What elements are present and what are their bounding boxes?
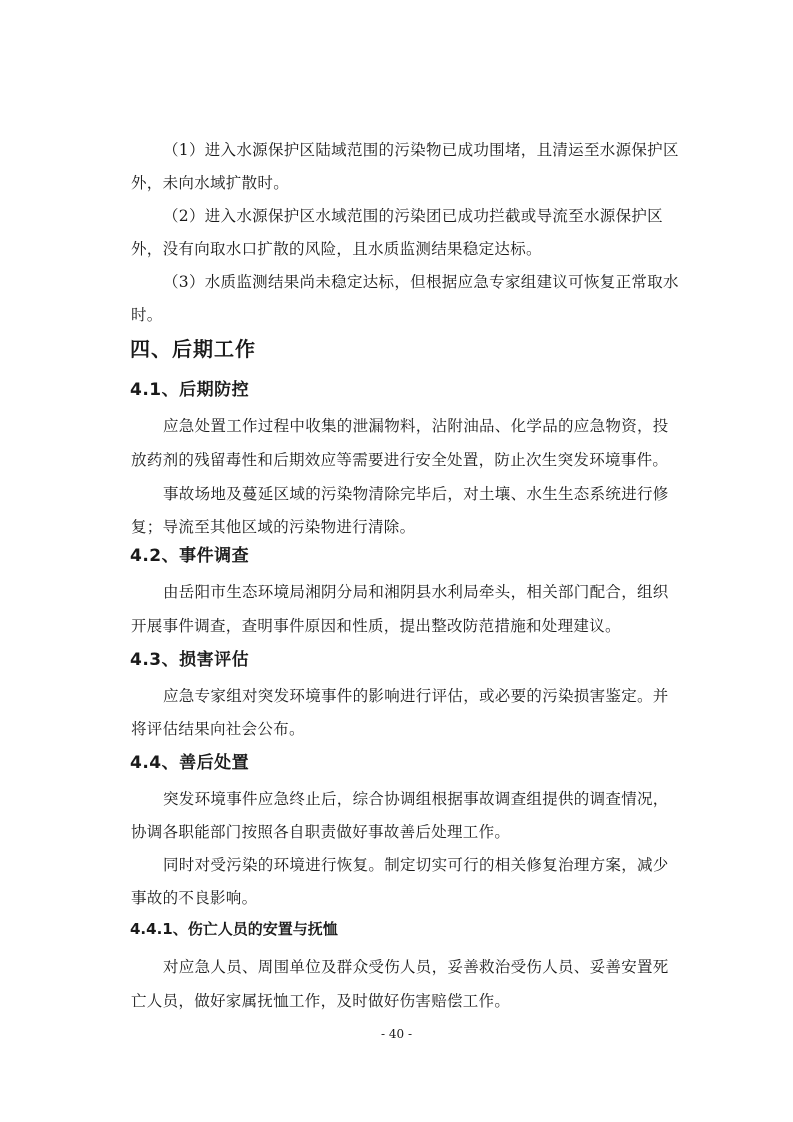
s44-p2-line2: 事故的不良影响。 — [131, 886, 257, 908]
section-4-heading: 四、后期工作 — [130, 333, 256, 362]
s42-p1-line2: 开展事件调查，查明事件原因和性质，提出整改防范措施和处理建议。 — [131, 614, 621, 636]
list-item-2-line1: （2）进入水源保护区水域范围的污染团已成功拦截或导流至水源保护区 — [163, 204, 663, 226]
list-item-2-line2: 外，没有向取水口扩散的风险，且水质监测结果稳定达标。 — [131, 237, 542, 259]
document-page: （1）进入水源保护区陆域范围的污染物已成功围堵，且清运至水源保护区 外，未向水域… — [0, 0, 793, 1122]
list-item-1-line1: （1）进入水源保护区陆域范围的污染物已成功围堵，且清运至水源保护区 — [163, 138, 679, 160]
section-4-3-heading: 4.3、损害评估 — [130, 645, 249, 670]
section-4-1-heading: 4.1、后期防控 — [130, 375, 249, 400]
section-4-4-heading: 4.4、善后处置 — [130, 748, 249, 773]
s41-p2-line1: 事故场地及蔓延区域的污染物清除完毕后，对土壤、水生生态系统进行修 — [163, 482, 669, 504]
s44-p2-line1: 同时对受污染的环境进行恢复。制定切实可行的相关修复治理方案，减少 — [163, 853, 669, 875]
s43-p1-line2: 将评估结果向社会公布。 — [131, 717, 305, 739]
list-item-3-line1: （3）水质监测结果尚未稳定达标，但根据应急专家组建议可恢复正常取水 — [163, 270, 679, 292]
s441-p1-line2: 亡人员，做好家属抚恤工作，及时做好伤害赔偿工作。 — [131, 989, 510, 1011]
s41-p1-line2: 放药剂的残留毒性和后期效应等需要进行安全处置，防止次生突发环境事件。 — [131, 448, 668, 470]
s41-p2-line2: 复；导流至其他区域的污染物进行清除。 — [131, 515, 415, 537]
s41-p1-line1: 应急处置工作过程中收集的泄漏物料，沾附油品、化学品的应急物资，投 — [163, 414, 669, 436]
section-4-2-heading: 4.2、事件调查 — [130, 541, 249, 566]
s43-p1-line1: 应急专家组对突发环境事件的影响进行评估，或必要的污染损害鉴定。并 — [163, 684, 669, 706]
page-number: - 40 - — [0, 1027, 793, 1041]
s42-p1-line1: 由岳阳市生态环境局湘阴分局和湘阴县水利局牵头，相关部门配合，组织 — [163, 580, 669, 602]
list-item-1-line2: 外，未向水域扩散时。 — [131, 171, 289, 193]
list-item-3-line2: 时。 — [131, 303, 163, 325]
s44-p1-line2: 协调各职能部门按照各自职责做好事故善后处理工作。 — [131, 820, 510, 842]
s44-p1-line1: 突发环境事件应急终止后，综合协调组根据事故调查组提供的调查情况， — [163, 787, 669, 809]
section-4-4-1-heading: 4.4.1、伤亡人员的安置与抚恤 — [130, 918, 338, 939]
s441-p1-line1: 对应急人员、周围单位及群众受伤人员，妥善救治受伤人员、妥善安置死 — [163, 955, 669, 977]
